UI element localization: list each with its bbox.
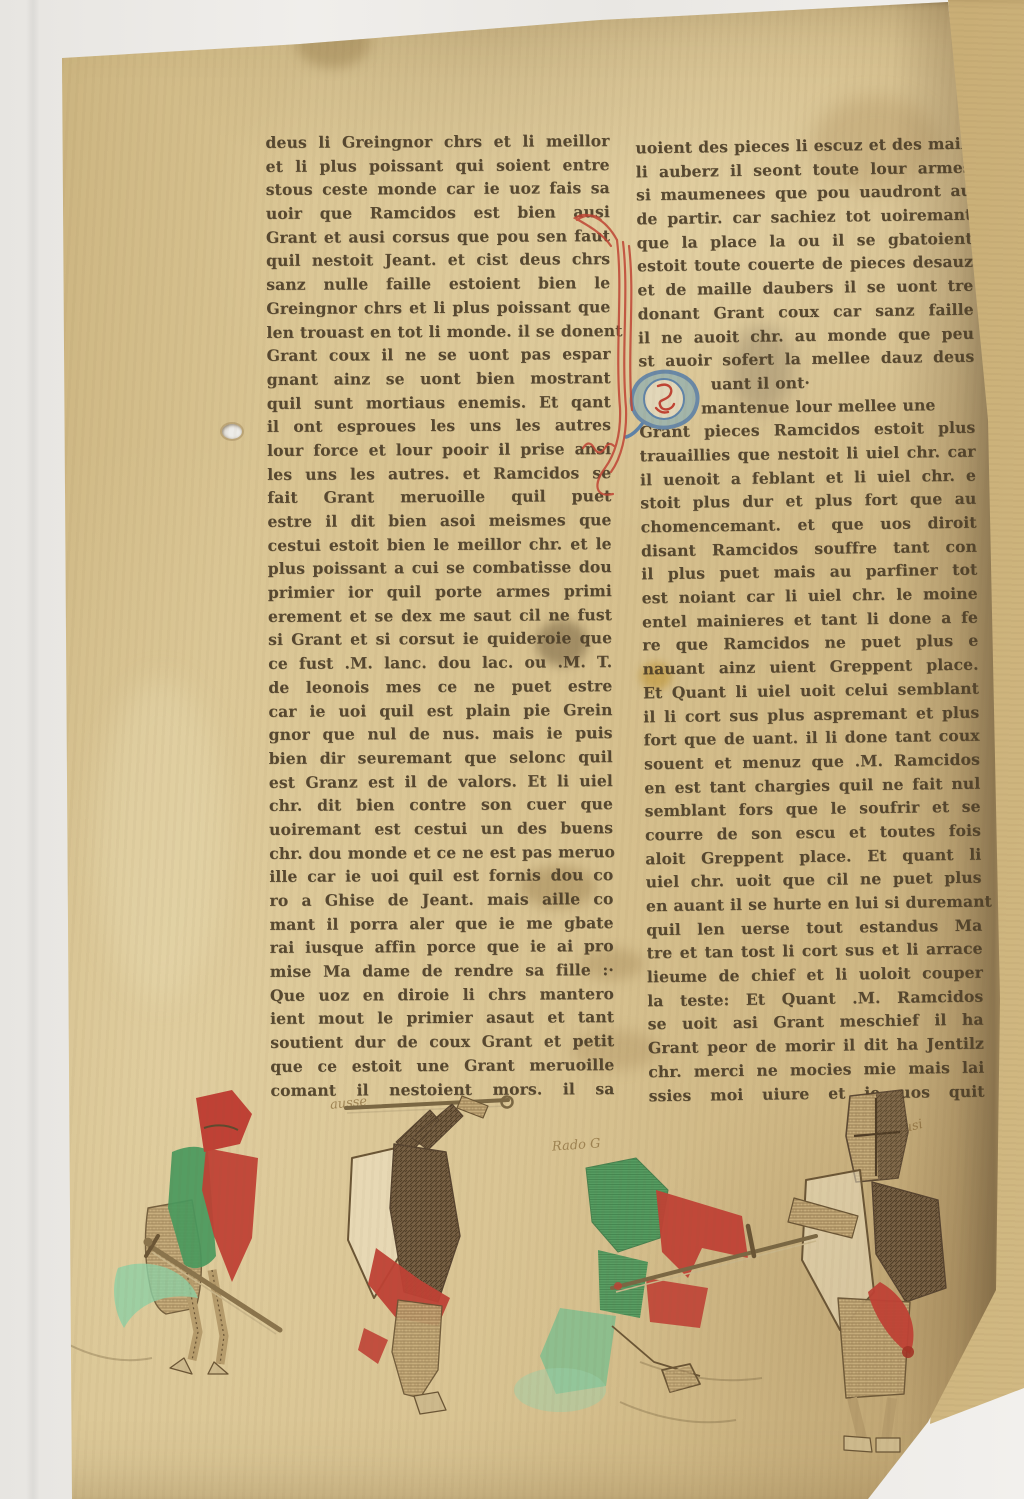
text-line: ille car ie uoi quil est fornis dou co	[269, 863, 613, 888]
text-line: quil sunt mortiaus enemis. Et qant	[267, 390, 611, 415]
text-line: gnor que nul de nus. mais ie puis	[269, 721, 613, 746]
text-line: est Granz est il de valors. Et li uiel	[269, 769, 613, 794]
text-column-left: deus li Greingnor chrs et li meilloret l…	[265, 129, 614, 1102]
text-line: Greingnor chrs et li plus poissant que	[266, 295, 610, 320]
knight-red-hood	[114, 1090, 280, 1374]
text-line: uoiremant est cestui un des buens	[269, 816, 613, 841]
stain	[296, 16, 370, 68]
text-line: stous ceste monde car ie uoz fais sa	[266, 176, 610, 201]
text-line: bien dir seuremant que selonc quil	[269, 745, 613, 770]
text-line: Grant coux il ne se uont pas espar	[267, 342, 611, 367]
manuscript-page: deus li Greingnor chrs et li meilloret l…	[0, 0, 1024, 1499]
text-line: mant il porra aler que ie me gbate	[270, 911, 614, 936]
text-line: cestui estoit bien le meillor chr. et le	[268, 532, 612, 557]
text-line: les uns les autres. et Ramcidos se	[267, 461, 611, 486]
text-line: lour force et lour pooir il prise ansi	[267, 437, 611, 462]
text-line: rai iusque affin porce que ie ai pro	[270, 934, 614, 959]
text-line: estre il dit bien asoi meismes que	[267, 508, 611, 533]
knight-great-helm	[612, 1090, 946, 1452]
penwork-flourish-icon	[565, 196, 655, 516]
text-line: Grant et ausi corsus que pou sen faut	[266, 224, 610, 249]
text-line: Que uoz en diroie li chrs mantero	[270, 982, 614, 1007]
text-line: quil nestoit Jeant. et cist deus chrs	[266, 248, 610, 273]
text-line: ient mout le primier asaut et tant	[270, 1006, 614, 1031]
text-line: gnant ainz se uont bien mostrant	[267, 366, 611, 391]
knight-raising-sword	[346, 1096, 513, 1414]
knight-illustration	[0, 1040, 1024, 1499]
text-column-right: uoient des pieces li escuz et des maille…	[635, 132, 985, 1108]
text-line: fait Grant meruoille quil puet	[267, 484, 611, 509]
text-line: erement et se dex me saut cil ne fust	[268, 603, 612, 628]
text-line: chr. dit bien contre son cuer que	[269, 792, 613, 817]
text-line: len trouast en tot li monde. il se donen…	[266, 319, 610, 344]
text-line: ro a Ghise de Jeant. mais aille co	[269, 887, 613, 912]
text-line: il ont esproues les uns les autres	[267, 413, 611, 438]
text-line: deus li Greingnor chrs et li meillor	[265, 129, 609, 154]
text-line: primier ior quil porte armes primi	[268, 579, 612, 604]
text-line: uoir que Ramcidos est bien ausi	[266, 200, 610, 225]
text-line: plus poissant a cui se combatisse dou	[268, 555, 612, 580]
text-line: mise Ma dame de rendre sa fille :·	[270, 958, 614, 983]
text-line: si Grant et si corsut ie quideroie que	[268, 627, 612, 652]
stain	[96, 680, 226, 1000]
scanner-background-crease	[26, 0, 40, 1499]
text-line: et li plus poissant qui soient entre	[266, 153, 610, 178]
text-line: car ie uoi quil est plain pie Grein	[268, 698, 612, 723]
text-line: ce fust .M. lanc. dou lac. ou .M. T.	[268, 650, 612, 675]
parchment-hole	[222, 424, 242, 439]
text-line: chr. dou monde et ce ne est pas meruo	[269, 840, 613, 865]
text-line: de leonois mes ce ne puet estre	[268, 674, 612, 699]
text-line: sanz nulle faille estoient bien le	[266, 271, 610, 296]
